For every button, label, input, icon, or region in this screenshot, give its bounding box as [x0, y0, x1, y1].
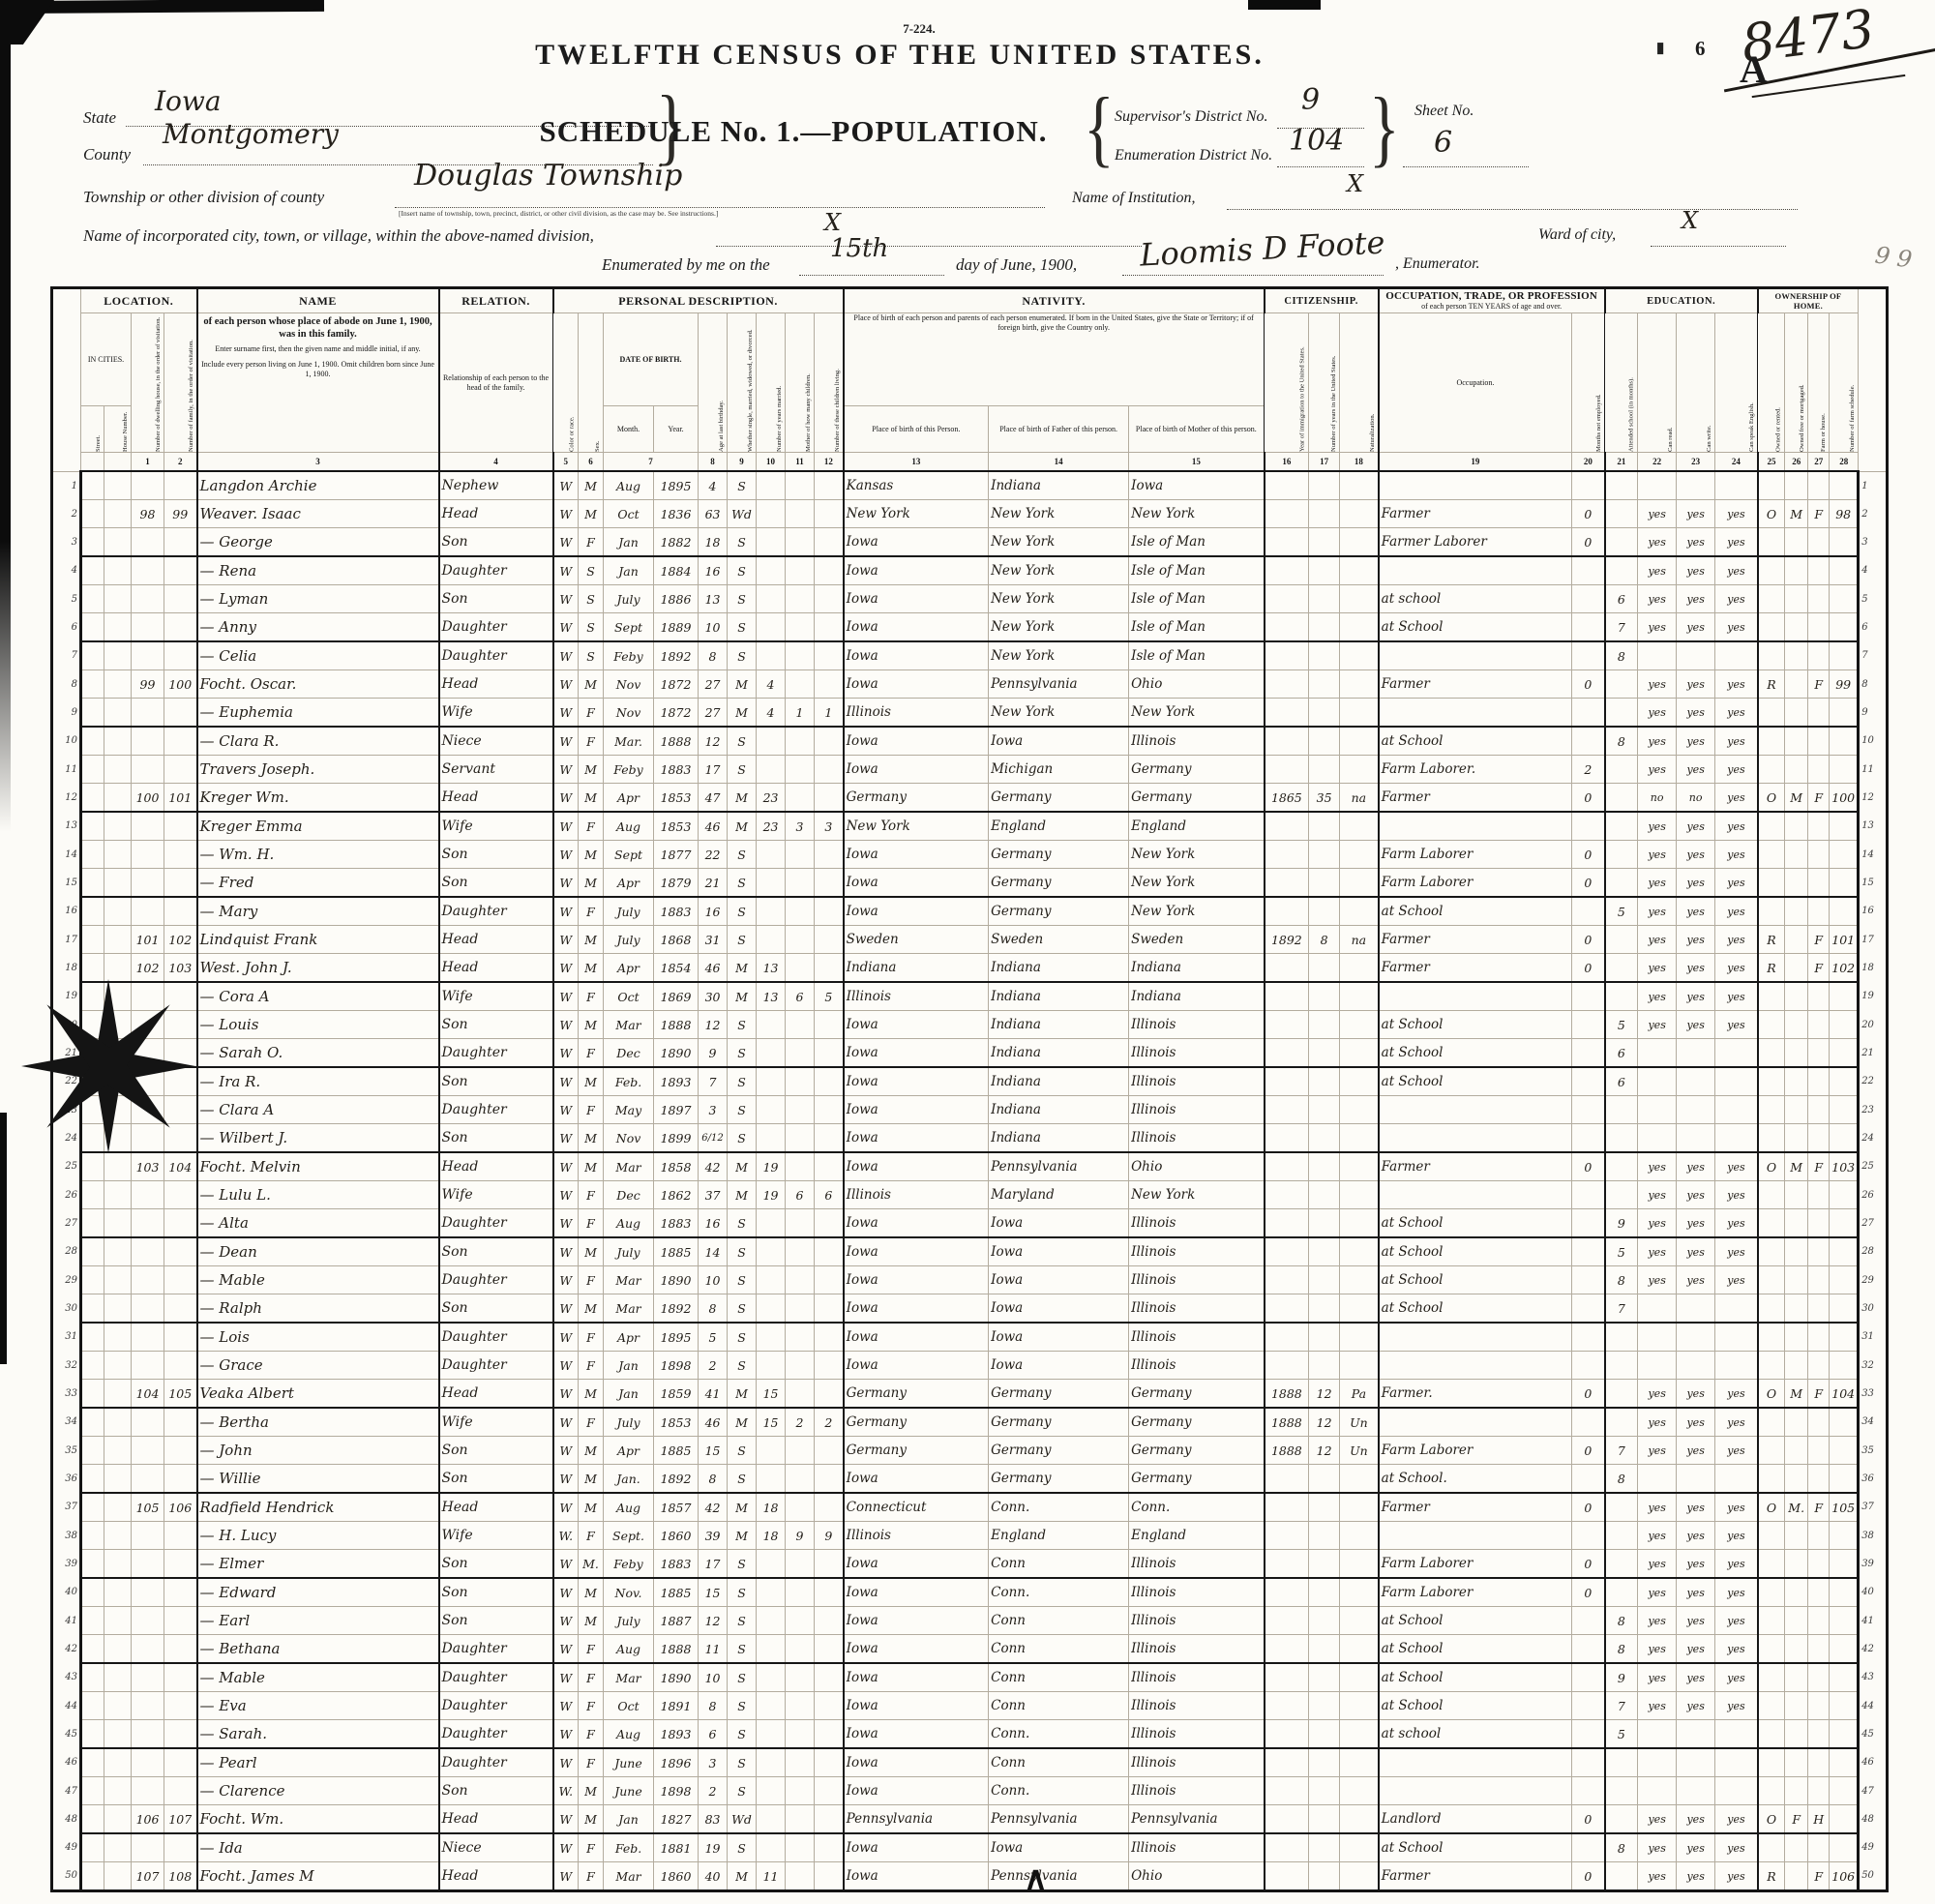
- cell-mother-of-children: 6: [786, 982, 815, 1011]
- row-number-left: 48: [52, 1805, 81, 1834]
- cell-can-read: yes: [1638, 1607, 1677, 1635]
- cell-naturalization: [1340, 1039, 1379, 1068]
- cell-farm-schedule-number: 100: [1830, 784, 1859, 813]
- cell-occupation: Farm Laborer: [1379, 869, 1572, 898]
- cell-name: Travers Joseph.: [197, 756, 439, 784]
- cell-age: 15: [699, 1578, 728, 1607]
- census-record-row: 12100101Kreger Wm.HeadWMApr185347M23Germ…: [52, 784, 1888, 813]
- cell-children-living: [815, 556, 844, 585]
- cell-father-birthplace: Indiana: [989, 1011, 1129, 1039]
- col-occupation-label: Occupation.: [1379, 313, 1572, 453]
- cell-children-living: [815, 1039, 844, 1068]
- cell-children-living: 5: [815, 982, 844, 1011]
- census-record-row: 45— Sarah.DaughterWFAug18936SIowaConn.Il…: [52, 1720, 1888, 1749]
- cell-birth-month: Feb.: [604, 1067, 654, 1096]
- cell-sex: M: [579, 471, 604, 500]
- cell-birth-month: Jan: [604, 1380, 654, 1409]
- row-number-right: 9: [1859, 699, 1888, 728]
- cell-owned-rented: [1758, 1039, 1785, 1068]
- cell-father-birthplace: Conn: [989, 1635, 1129, 1664]
- col-immigration-label: Year of immigration to the United States…: [1265, 313, 1309, 453]
- cell-farm-or-house: F: [1808, 784, 1830, 813]
- cell-children-living: 3: [815, 812, 844, 841]
- cell-dwelling-number: [132, 756, 164, 784]
- cell-relation: Head: [439, 500, 553, 528]
- cell-sex: S: [579, 641, 604, 670]
- cell-age: 13: [699, 585, 728, 613]
- cell-attended-school: [1605, 1550, 1638, 1579]
- cell-name: Focht. Melvin: [197, 1152, 439, 1181]
- col-can-english-label: Can speak English.: [1715, 313, 1758, 453]
- cell-street: [81, 1323, 104, 1352]
- cell-owned-rented: [1758, 556, 1785, 585]
- cell-sex: M: [579, 1124, 604, 1153]
- cell-occupation: [1379, 1096, 1572, 1124]
- cell-street: [81, 727, 104, 756]
- cell-sex: F: [579, 699, 604, 728]
- cell-can-read: yes: [1638, 556, 1677, 585]
- cell-farm-or-house: [1808, 613, 1830, 642]
- cell-can-write: yes: [1677, 841, 1715, 869]
- cell-occupation: Farmer: [1379, 1862, 1572, 1891]
- cell-name: — H. Lucy: [197, 1522, 439, 1550]
- cell-immigration-year: 1892: [1265, 926, 1309, 954]
- colnum-21: 21: [1605, 453, 1638, 472]
- cell-family-number: [164, 897, 197, 926]
- cell-race: W: [553, 1323, 579, 1352]
- cell-family-number: 102: [164, 926, 197, 954]
- cell-family-number: [164, 1181, 197, 1209]
- cell-name: West. John J.: [197, 954, 439, 983]
- row-number-left: 11: [52, 756, 81, 784]
- cell-birthplace: Iowa: [844, 1266, 989, 1294]
- cell-farm-schedule-number: [1830, 585, 1859, 613]
- col-years-married-label: Number of years married.: [757, 313, 786, 453]
- cell-naturalization: [1340, 1152, 1379, 1181]
- relation-description: Relationship of each person to the head …: [439, 313, 553, 453]
- cell-years-married: [757, 727, 786, 756]
- cell-marital-status: S: [728, 756, 757, 784]
- cell-farm-schedule-number: [1830, 1039, 1859, 1068]
- cell-street: [81, 1209, 104, 1238]
- row-number-left: 32: [52, 1352, 81, 1380]
- col-year-label: Year.: [654, 406, 699, 453]
- cell-children-living: [815, 784, 844, 813]
- cell-father-birthplace: New York: [989, 528, 1129, 557]
- cell-mother-birthplace: Germany: [1129, 1408, 1265, 1437]
- cell-can-read: yes: [1638, 1266, 1677, 1294]
- cell-relation: Niece: [439, 727, 553, 756]
- cell-owned-free-mortgaged: [1785, 897, 1808, 926]
- cell-birthplace: Germany: [844, 1437, 989, 1465]
- cell-children-living: 9: [815, 1522, 844, 1550]
- sheet-value: 6: [1434, 126, 1452, 160]
- cell-immigration-year: [1265, 869, 1309, 898]
- cell-farm-or-house: [1808, 471, 1830, 500]
- cell-years-in-us: [1309, 1748, 1340, 1777]
- cell-marital-status: S: [728, 1237, 757, 1266]
- row-number-left: 16: [52, 897, 81, 926]
- row-number-right: 45: [1859, 1720, 1888, 1749]
- cell-farm-or-house: F: [1808, 670, 1830, 699]
- cell-name: Weaver. Isaac: [197, 500, 439, 528]
- cell-family-number: 100: [164, 670, 197, 699]
- cell-owned-rented: [1758, 585, 1785, 613]
- cell-children-living: [815, 1323, 844, 1352]
- enumerated-day-rule: [799, 275, 944, 276]
- cell-years-married: 13: [757, 982, 786, 1011]
- cell-age: 18: [699, 528, 728, 557]
- cell-sex: F: [579, 812, 604, 841]
- cell-birth-year: 1888: [654, 727, 699, 756]
- cell-can-read: [1638, 1720, 1677, 1749]
- cell-name: — Mary: [197, 897, 439, 926]
- cell-years-in-us: [1309, 1550, 1340, 1579]
- cell-owned-rented: [1758, 1607, 1785, 1635]
- corner-small-stamp: ▮: [1656, 39, 1664, 57]
- cell-birth-month: Feby: [604, 756, 654, 784]
- cell-owned-free-mortgaged: M: [1785, 500, 1808, 528]
- cell-can-write: [1677, 1124, 1715, 1153]
- cell-mother-of-children: [786, 1437, 815, 1465]
- cell-birth-month: July: [604, 897, 654, 926]
- cell-naturalization: [1340, 756, 1379, 784]
- cell-sex: M: [579, 841, 604, 869]
- cell-father-birthplace: Conn: [989, 1663, 1129, 1692]
- cell-house-number: [104, 613, 132, 642]
- cell-years-married: [757, 756, 786, 784]
- cell-dwelling-number: [132, 699, 164, 728]
- cell-can-speak-english: yes: [1715, 926, 1758, 954]
- cell-farm-schedule-number: 104: [1830, 1380, 1859, 1409]
- cell-father-birthplace: Germany: [989, 897, 1129, 926]
- cell-can-speak-english: yes: [1715, 585, 1758, 613]
- cell-age: 47: [699, 784, 728, 813]
- cell-years-married: 11: [757, 1862, 786, 1891]
- cell-occupation: Farmer Laborer: [1379, 528, 1572, 557]
- cell-owned-rented: [1758, 869, 1785, 898]
- cell-can-read: yes: [1638, 727, 1677, 756]
- cell-naturalization: Un: [1340, 1408, 1379, 1437]
- cell-owned-rented: O: [1758, 500, 1785, 528]
- cell-can-write: yes: [1677, 1011, 1715, 1039]
- cell-age: 10: [699, 1266, 728, 1294]
- cell-farm-schedule-number: [1830, 1692, 1859, 1720]
- cell-farm-or-house: [1808, 1833, 1830, 1862]
- row-number-left: 1: [52, 471, 81, 500]
- cell-name: — Louis: [197, 1011, 439, 1039]
- cell-occupation: at School: [1379, 1266, 1572, 1294]
- cell-age: 40: [699, 1862, 728, 1891]
- cell-marital-status: S: [728, 1067, 757, 1096]
- cell-age: 27: [699, 699, 728, 728]
- cell-birthplace: Kansas: [844, 471, 989, 500]
- cell-birth-month: Sept: [604, 841, 654, 869]
- row-number-right: 4: [1859, 556, 1888, 585]
- census-record-row: 31— LoisDaughterWFApr18955SIowaIowaIllin…: [52, 1323, 1888, 1352]
- cell-can-read: yes: [1638, 954, 1677, 983]
- cell-farm-schedule-number: [1830, 1465, 1859, 1494]
- cell-father-birthplace: Conn.: [989, 1777, 1129, 1805]
- cell-dwelling-number: [132, 1181, 164, 1209]
- cell-relation: Servant: [439, 756, 553, 784]
- cell-marital-status: S: [728, 1323, 757, 1352]
- cell-owned-rented: [1758, 699, 1785, 728]
- cell-attended-school: 8: [1605, 1833, 1638, 1862]
- cell-farm-schedule-number: [1830, 1522, 1859, 1550]
- cell-farm-or-house: [1808, 841, 1830, 869]
- colnum-28: 28: [1830, 453, 1859, 472]
- cell-owned-free-mortgaged: [1785, 613, 1808, 642]
- cell-relation: Son: [439, 1124, 553, 1153]
- cell-farm-schedule-number: [1830, 641, 1859, 670]
- cell-street: [81, 954, 104, 983]
- cell-farm-or-house: [1808, 1266, 1830, 1294]
- cell-attended-school: [1605, 1323, 1638, 1352]
- cell-can-read: yes: [1638, 1493, 1677, 1522]
- cell-attended-school: [1605, 1805, 1638, 1834]
- cell-name: — Wilbert J.: [197, 1124, 439, 1153]
- cell-age: 7: [699, 1067, 728, 1096]
- cell-can-write: [1677, 1067, 1715, 1096]
- cell-mother-birthplace: Illinois: [1129, 1011, 1265, 1039]
- cell-naturalization: [1340, 1181, 1379, 1209]
- census-record-row: 11Travers Joseph.ServantWMFeby188317SIow…: [52, 756, 1888, 784]
- cell-father-birthplace: England: [989, 1522, 1129, 1550]
- cell-birth-year: 1890: [654, 1663, 699, 1692]
- cell-farm-or-house: [1808, 756, 1830, 784]
- cell-race: W: [553, 1039, 579, 1068]
- cell-owned-free-mortgaged: [1785, 1862, 1808, 1891]
- cell-birthplace: Iowa: [844, 1039, 989, 1068]
- cell-owned-free-mortgaged: [1785, 812, 1808, 841]
- cell-can-write: yes: [1677, 1408, 1715, 1437]
- cell-mother-of-children: [786, 869, 815, 898]
- cell-can-write: yes: [1677, 528, 1715, 557]
- census-record-row: 15— FredSonWMApr187921SIowaGermanyNew Yo…: [52, 869, 1888, 898]
- census-record-row: 32— GraceDaughterWFJan18982SIowaIowaIlli…: [52, 1352, 1888, 1380]
- cell-relation: Son: [439, 1777, 553, 1805]
- cell-sex: F: [579, 1352, 604, 1380]
- cell-mother-of-children: [786, 1748, 815, 1777]
- cell-can-read: [1638, 641, 1677, 670]
- cell-marital-status: S: [728, 926, 757, 954]
- cell-naturalization: [1340, 1011, 1379, 1039]
- row-number-left: 12: [52, 784, 81, 813]
- cell-farm-or-house: [1808, 1124, 1830, 1153]
- cell-relation: Daughter: [439, 1209, 553, 1238]
- cell-farm-schedule-number: [1830, 471, 1859, 500]
- cell-months-not-employed: [1572, 1607, 1605, 1635]
- cell-months-not-employed: [1572, 1465, 1605, 1494]
- cell-race: W: [553, 1096, 579, 1124]
- cell-naturalization: [1340, 556, 1379, 585]
- cell-months-not-employed: [1572, 1294, 1605, 1324]
- cell-immigration-year: [1265, 982, 1309, 1011]
- cell-attended-school: [1605, 1493, 1638, 1522]
- cell-name: — Sarah.: [197, 1720, 439, 1749]
- cell-birth-year: 1882: [654, 528, 699, 557]
- cell-family-number: [164, 1237, 197, 1266]
- cell-occupation: Farmer: [1379, 500, 1572, 528]
- cell-occupation: Farmer: [1379, 954, 1572, 983]
- group-ownership: OWNERSHIP OF HOME.: [1758, 288, 1859, 313]
- cell-birth-year: 1887: [654, 1607, 699, 1635]
- cell-attended-school: [1605, 954, 1638, 983]
- cell-race: W: [553, 1862, 579, 1891]
- cell-mother-birthplace: Illinois: [1129, 1237, 1265, 1266]
- cell-can-speak-english: yes: [1715, 1833, 1758, 1862]
- cell-can-write: yes: [1677, 1152, 1715, 1181]
- col-attended-school-label: Attended school (in months).: [1605, 313, 1638, 453]
- cell-name: — Lulu L.: [197, 1181, 439, 1209]
- cell-race: W: [553, 1805, 579, 1834]
- cell-marital-status: S: [728, 1578, 757, 1607]
- cell-street: [81, 613, 104, 642]
- cell-mother-of-children: [786, 727, 815, 756]
- group-citizenship: CITIZENSHIP.: [1265, 288, 1379, 313]
- in-cities-label: IN CITIES.: [81, 313, 132, 406]
- cell-birth-year: 1885: [654, 1578, 699, 1607]
- census-record-row: 48106107Focht. Wm.HeadWMJan182783WdPenns…: [52, 1805, 1888, 1834]
- cell-can-speak-english: yes: [1715, 1181, 1758, 1209]
- group-relation: RELATION.: [439, 288, 553, 313]
- cell-farm-schedule-number: 106: [1830, 1862, 1859, 1891]
- cell-farm-or-house: [1808, 1777, 1830, 1805]
- cell-name: Kreger Emma: [197, 812, 439, 841]
- cell-street: [81, 528, 104, 557]
- cell-can-write: [1677, 471, 1715, 500]
- cell-farm-or-house: [1808, 1748, 1830, 1777]
- cell-children-living: [815, 1862, 844, 1891]
- cell-age: 8: [699, 1465, 728, 1494]
- cell-street: [81, 1777, 104, 1805]
- cell-can-write: [1677, 1465, 1715, 1494]
- cell-farm-or-house: F: [1808, 1152, 1830, 1181]
- row-number-right: 17: [1859, 926, 1888, 954]
- cell-naturalization: [1340, 897, 1379, 926]
- row-number-right: 27: [1859, 1209, 1888, 1238]
- cell-mother-birthplace: Pennsylvania: [1129, 1805, 1265, 1834]
- cell-months-not-employed: [1572, 1181, 1605, 1209]
- census-record-row: 29— MableDaughterWFMar189010SIowaIowaIll…: [52, 1266, 1888, 1294]
- cell-house-number: [104, 1294, 132, 1324]
- cell-relation: Daughter: [439, 1663, 553, 1692]
- cell-children-living: [815, 500, 844, 528]
- cell-mother-of-children: [786, 1380, 815, 1409]
- cell-occupation: Farm Laborer.: [1379, 756, 1572, 784]
- row-number-gutter-left: [52, 288, 81, 472]
- cell-immigration-year: [1265, 1067, 1309, 1096]
- cell-relation: Head: [439, 1805, 553, 1834]
- cell-can-read: [1638, 1096, 1677, 1124]
- cell-can-read: yes: [1638, 1833, 1677, 1862]
- state-label: State: [83, 108, 116, 128]
- cell-marital-status: S: [728, 1663, 757, 1692]
- cell-name: — Mable: [197, 1266, 439, 1294]
- cell-race: W: [553, 1833, 579, 1862]
- cell-father-birthplace: Iowa: [989, 1209, 1129, 1238]
- cell-race: W.: [553, 1777, 579, 1805]
- cell-name: — Cora A: [197, 982, 439, 1011]
- occupation-subtitle: of each person TEN YEARS of age and over…: [1382, 302, 1602, 312]
- cell-children-living: [815, 1748, 844, 1777]
- cell-years-in-us: [1309, 613, 1340, 642]
- cell-months-not-employed: [1572, 1124, 1605, 1153]
- cell-years-married: [757, 1124, 786, 1153]
- row-number-right: 44: [1859, 1692, 1888, 1720]
- cell-race: W: [553, 1181, 579, 1209]
- colnum-25: 25: [1758, 453, 1785, 472]
- cell-name: — Ira R.: [197, 1067, 439, 1096]
- row-number-right: 34: [1859, 1408, 1888, 1437]
- cell-owned-rented: O: [1758, 1493, 1785, 1522]
- cell-months-not-employed: [1572, 585, 1605, 613]
- cell-years-in-us: [1309, 1720, 1340, 1749]
- cell-children-living: [815, 841, 844, 869]
- cell-can-write: yes: [1677, 727, 1715, 756]
- cell-can-read: yes: [1638, 1011, 1677, 1039]
- ward-label: Ward of city,: [1538, 226, 1616, 244]
- cell-mother-birthplace: Isle of Man: [1129, 585, 1265, 613]
- cell-children-living: [815, 1011, 844, 1039]
- cell-farm-or-house: [1808, 897, 1830, 926]
- cell-immigration-year: [1265, 1777, 1309, 1805]
- cell-owned-free-mortgaged: [1785, 1039, 1808, 1068]
- cell-street: [81, 1607, 104, 1635]
- cell-children-living: [815, 1067, 844, 1096]
- cell-birthplace: Iowa: [844, 1833, 989, 1862]
- cell-owned-rented: [1758, 641, 1785, 670]
- row-number-left: 6: [52, 613, 81, 642]
- cell-attended-school: 6: [1605, 1039, 1638, 1068]
- cell-years-in-us: [1309, 1152, 1340, 1181]
- cell-farm-or-house: [1808, 699, 1830, 728]
- cell-naturalization: [1340, 1465, 1379, 1494]
- cell-farm-schedule-number: [1830, 1237, 1859, 1266]
- cell-immigration-year: [1265, 1663, 1309, 1692]
- cell-naturalization: Un: [1340, 1437, 1379, 1465]
- cell-dwelling-number: 107: [132, 1862, 164, 1891]
- cell-years-married: [757, 1011, 786, 1039]
- cell-house-number: [104, 641, 132, 670]
- cell-occupation: at School: [1379, 1692, 1572, 1720]
- cell-owned-rented: R: [1758, 670, 1785, 699]
- cell-race: W: [553, 727, 579, 756]
- cell-years-in-us: [1309, 1124, 1340, 1153]
- cell-immigration-year: [1265, 897, 1309, 926]
- cell-owned-free-mortgaged: M.: [1785, 1493, 1808, 1522]
- cell-owned-free-mortgaged: [1785, 1067, 1808, 1096]
- cell-can-read: [1638, 1294, 1677, 1324]
- group-name: NAME: [197, 288, 439, 313]
- cell-street: [81, 585, 104, 613]
- cell-owned-rented: O: [1758, 1805, 1785, 1834]
- cell-occupation: Farmer: [1379, 1152, 1572, 1181]
- cell-can-read: yes: [1638, 1635, 1677, 1664]
- cell-can-write: yes: [1677, 500, 1715, 528]
- cell-immigration-year: [1265, 1692, 1309, 1720]
- cell-marital-status: S: [728, 1294, 757, 1324]
- cell-relation: Wife: [439, 699, 553, 728]
- col-years-us-label: Number of years in the United States.: [1309, 313, 1340, 453]
- cell-birthplace: Iowa: [844, 1607, 989, 1635]
- cell-attended-school: [1605, 982, 1638, 1011]
- cell-farm-or-house: [1808, 1352, 1830, 1380]
- cell-owned-free-mortgaged: [1785, 1720, 1808, 1749]
- cell-birth-month: Mar: [604, 1862, 654, 1891]
- cell-age: 3: [699, 1748, 728, 1777]
